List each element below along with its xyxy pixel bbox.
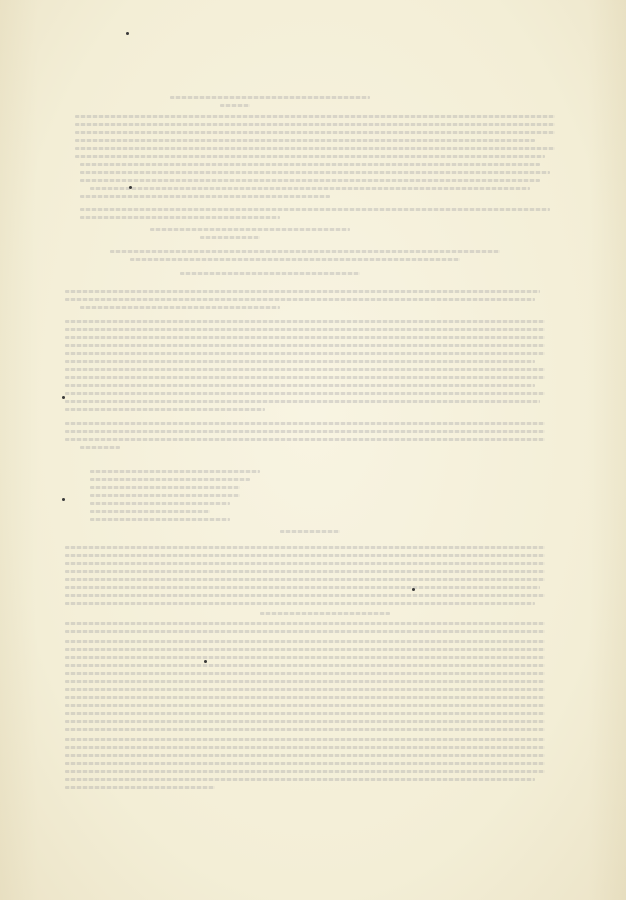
illegible-text-line: [200, 236, 260, 239]
ink-speck: [62, 396, 65, 399]
illegible-text-line: [80, 208, 550, 211]
illegible-text-line: [110, 250, 500, 253]
illegible-text-line: [65, 696, 545, 699]
illegible-text-line: [65, 336, 545, 339]
illegible-text-line: [65, 594, 545, 597]
illegible-text-line: [75, 147, 555, 150]
illegible-text-line: [65, 578, 545, 581]
illegible-text-line: [75, 115, 555, 118]
illegible-text-line: [90, 510, 210, 513]
illegible-text-line: [65, 328, 545, 331]
illegible-text-line: [90, 518, 230, 521]
illegible-text-line: [65, 586, 540, 589]
illegible-text-line: [65, 762, 545, 765]
document-page: Text too faded to read; content not tran…: [0, 0, 626, 900]
illegible-text-line: [65, 786, 215, 789]
transcription-note: Text too faded to read; content not tran…: [0, 886, 626, 896]
illegible-text-line: [80, 163, 540, 166]
illegible-text-line: [90, 502, 230, 505]
illegible-text-line: [65, 778, 535, 781]
illegible-text-line: [65, 720, 545, 723]
illegible-text-line: [65, 648, 545, 651]
illegible-text-line: [180, 272, 360, 275]
illegible-text-line: [80, 446, 120, 449]
illegible-text-line: [260, 612, 390, 615]
illegible-text-line: [130, 258, 460, 261]
illegible-text-line: [65, 320, 545, 323]
illegible-text-line: [65, 688, 545, 691]
ink-speck: [412, 588, 415, 591]
illegible-text-line: [90, 486, 240, 489]
illegible-text-line: [65, 360, 535, 363]
illegible-text-line: [90, 187, 530, 190]
illegible-text-line: [65, 746, 545, 749]
ink-speck: [204, 660, 207, 663]
illegible-text-line: [65, 408, 265, 411]
illegible-text-line: [65, 430, 545, 433]
illegible-text-line: [65, 344, 545, 347]
illegible-text-line: [80, 171, 550, 174]
illegible-text-line: [65, 392, 545, 395]
illegible-text-line: [220, 104, 250, 107]
illegible-text-line: [65, 712, 545, 715]
illegible-text-line: [75, 131, 555, 134]
illegible-text-line: [80, 306, 280, 309]
illegible-text-line: [65, 400, 540, 403]
illegible-text-line: [80, 179, 540, 182]
illegible-text-line: [90, 470, 260, 473]
illegible-text-line: [65, 656, 545, 659]
illegible-text-line: [65, 422, 545, 425]
illegible-text-line: [80, 216, 280, 219]
illegible-text-line: [65, 298, 535, 301]
illegible-text-line: [65, 376, 545, 379]
illegible-text-line: [65, 728, 545, 731]
illegible-text-line: [65, 754, 545, 757]
ink-speck: [62, 498, 65, 501]
illegible-text-line: [65, 562, 545, 565]
illegible-text-line: [65, 770, 545, 773]
ink-speck: [129, 186, 132, 189]
illegible-text-line: [65, 384, 535, 387]
illegible-text-line: [90, 494, 240, 497]
illegible-text-line: [65, 630, 545, 633]
illegible-text-line: [90, 478, 250, 481]
illegible-text-line: [65, 738, 545, 741]
illegible-text-line: [80, 195, 330, 198]
illegible-text-line: [65, 570, 545, 573]
ink-speck: [126, 32, 129, 35]
illegible-text-line: [65, 640, 545, 643]
illegible-text-line: [65, 704, 545, 707]
illegible-text-line: [150, 228, 350, 231]
illegible-text-line: [65, 368, 545, 371]
illegible-text-line: [75, 139, 535, 142]
illegible-text-line: [75, 123, 555, 126]
illegible-text-line: [170, 96, 370, 99]
illegible-text-line: [65, 622, 545, 625]
illegible-text-line: [65, 290, 540, 293]
illegible-text-line: [65, 672, 545, 675]
illegible-text-line: [280, 530, 340, 533]
illegible-text-line: [65, 664, 545, 667]
illegible-text-line: [65, 438, 545, 441]
illegible-text-line: [65, 352, 545, 355]
illegible-text-line: [65, 546, 545, 549]
illegible-text-line: [65, 554, 545, 557]
illegible-text-line: [65, 680, 545, 683]
illegible-text-line: [75, 155, 545, 158]
illegible-text-line: [65, 602, 535, 605]
